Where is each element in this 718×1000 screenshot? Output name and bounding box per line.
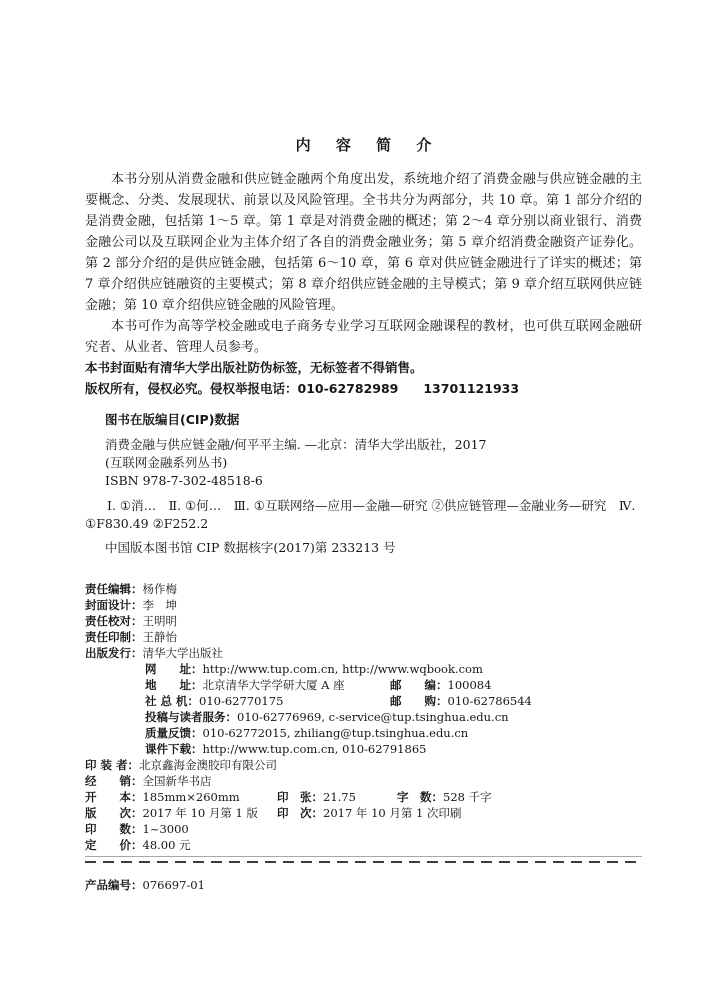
colophon-label: 邮 编：: [390, 678, 448, 692]
colophon-value: http://www.tup.com.cn, 010-62791865: [203, 742, 427, 756]
cip-spacer: [85, 429, 642, 436]
content-intro-body: 本书分别从消费金融和供应链金融两个角度出发，系统地介绍了消费金融与供应链金融的主…: [85, 169, 642, 358]
colophon-value: 王静怡: [143, 630, 178, 644]
colophon-row-reader-service: 投稿与读者服务：010-62776969, c-service@tup.tsin…: [85, 709, 642, 725]
colophon-row-switchboard: 社 总 机：010-62770175 邮 购：010-62786544: [85, 693, 642, 709]
colophon-label: 责任编辑：: [85, 582, 143, 596]
intro-paragraph-1: 本书分别从消费金融和供应链金融两个角度出发，系统地介绍了消费金融与供应链金融的主…: [85, 169, 642, 316]
colophon-label: 责任印制：: [85, 630, 143, 644]
colophon-label: 投稿与读者服务：: [145, 710, 237, 724]
colophon-value: 1~3000: [143, 822, 189, 836]
colophon-row-proofreader: 责任校对：王明明: [85, 613, 642, 629]
colophon-label: 版 次：: [85, 806, 143, 820]
colophon-row-quality-feedback: 质量反馈：010-62772015, zhiliang@tup.tsinghua…: [85, 725, 642, 741]
divider-solid: [85, 856, 642, 857]
colophon-value: 全国新华书店: [143, 774, 212, 788]
colophon-row-publisher: 出版发行：清华大学出版社: [85, 645, 642, 661]
colophon-value: 528 千字: [443, 790, 492, 804]
colophon-label: 责任校对：: [85, 614, 143, 628]
colophon-label: 社 总 机：: [145, 694, 199, 708]
colophon-value: 010-62776969, c-service@tup.tsinghua.edu…: [237, 710, 509, 724]
colophon-value: 北京鑫海金澳胶印有限公司: [139, 758, 277, 772]
colophon-block: 责任编辑：杨作梅 封面设计：李 坤 责任校对：王明明 责任印制：王静怡 出版发行…: [85, 581, 642, 853]
cip-title-line: 消费金融与供应链金融/何平平主编. —北京：清华大学出版社，2017: [105, 436, 642, 454]
copyright-page: 内 容 简 介 本书分别从消费金融和供应链金融两个角度出发，系统地介绍了消费金融…: [0, 0, 718, 1000]
colophon-label: 定 价：: [85, 838, 143, 852]
content-intro-title: 内 容 简 介: [85, 134, 642, 155]
colophon-value: 清华大学出版社: [143, 646, 224, 660]
colophon-postcode: 邮 编：100084: [390, 677, 491, 693]
cip-series-line: (互联网金融系列丛书): [105, 454, 642, 472]
copyright-notices: 本书封面贴有清华大学出版社防伪标签，无标签者不得销售。 版权所有，侵权必究。侵权…: [85, 357, 642, 399]
colophon-label: 网 址：: [145, 662, 203, 676]
cip-block: 图书在版编目(CIP)数据 消费金融与供应链金融/何平平主编. —北京：清华大学…: [85, 410, 642, 557]
colophon-label: 课件下载：: [145, 742, 203, 756]
colophon-label: 印 数：: [85, 822, 143, 836]
colophon-mail-order: 邮 购：010-62786544: [390, 693, 532, 709]
colophon-value: 21.75: [323, 790, 356, 804]
cip-heading: 图书在版编目(CIP)数据: [105, 410, 642, 429]
colophon-label: 出版发行：: [85, 646, 143, 660]
colophon-value: 北京清华大学学研大厦 A 座: [203, 678, 345, 692]
cip-spacer: [85, 490, 642, 497]
cip-isbn-line: ISBN 978-7-302-48518-6: [105, 472, 642, 490]
colophon-row-print-supervisor: 责任印制：王静怡: [85, 629, 642, 645]
colophon-value: 2017 年 10 月第 1 版: [143, 806, 259, 820]
colophon-value: 王明明: [143, 614, 178, 628]
colophon-row-format: 开 本：185mm×260mm 印 张：21.75 字 数：528 千字: [85, 789, 642, 805]
colophon-value: 010-62786544: [448, 694, 532, 708]
intro-paragraph-2: 本书可作为高等学校金融或电子商务专业学习互联网金融课程的教材，也可供互联网金融研…: [85, 316, 642, 358]
colophon-row-website: 网 址：http://www.tup.com.cn, http://www.wq…: [85, 661, 642, 677]
colophon-label: 邮 购：: [390, 694, 448, 708]
cip-record-number: 中国版本图书馆 CIP 数据核字(2017)第 233213 号: [105, 539, 642, 557]
product-number-label: 产品编号：: [85, 878, 143, 892]
cip-classification-line-2: ①F830.49 ②F252.2: [85, 515, 642, 533]
colophon-print-run-date: 印 次：2017 年 10 月第 1 次印刷: [277, 805, 462, 821]
colophon-label: 地 址：: [145, 678, 203, 692]
colophon-word-count: 字 数：528 千字: [397, 789, 492, 805]
rights-reserved-notice: 版权所有，侵权必究。侵权举报电话：010-62782989 1370112193…: [85, 378, 642, 399]
product-number: 产品编号：076697-01: [85, 877, 205, 893]
anti-counterfeit-notice: 本书封面贴有清华大学出版社防伪标签，无标签者不得销售。: [85, 357, 642, 378]
colophon-label: 质量反馈：: [145, 726, 203, 740]
colophon-value: http://www.tup.com.cn, http://www.wqbook…: [203, 662, 483, 676]
colophon-row-printer: 印 装 者：北京鑫海金澳胶印有限公司: [85, 757, 642, 773]
colophon-label: 印 次：: [277, 806, 323, 820]
colophon-row-edition: 版 次：2017 年 10 月第 1 版 印 次：2017 年 10 月第 1 …: [85, 805, 642, 821]
colophon-row-courseware-download: 课件下载：http://www.tup.com.cn, 010-62791865: [85, 741, 642, 757]
colophon-sheets: 印 张：21.75: [277, 789, 356, 805]
colophon-label: 印 张：: [277, 790, 323, 804]
colophon-value: 100084: [448, 678, 492, 692]
colophon-label: 开 本：: [85, 790, 143, 804]
colophon-value: 2017 年 10 月第 1 次印刷: [323, 806, 462, 820]
product-number-value: 076697-01: [143, 878, 205, 892]
colophon-value: 48.00 元: [143, 838, 191, 852]
colophon-value: 010-62772015, zhiliang@tup.tsinghua.edu.…: [203, 726, 469, 740]
colophon-label: 封面设计：: [85, 598, 143, 612]
colophon-label: 字 数：: [397, 790, 443, 804]
colophon-row-editor: 责任编辑：杨作梅: [85, 581, 642, 597]
colophon-row-price: 定 价：48.00 元: [85, 837, 642, 853]
colophon-row-cover-design: 封面设计：李 坤: [85, 597, 642, 613]
colophon-label: 经 销：: [85, 774, 143, 788]
divider-dashed: [85, 861, 642, 863]
colophon-label: 印 装 者：: [85, 758, 139, 772]
colophon-value: 李 坤: [143, 598, 178, 612]
colophon-value: 185mm×260mm: [143, 790, 240, 804]
cip-classification-line-1: Ⅰ. ①消… Ⅱ. ①何… Ⅲ. ①互联网络—应用—金融—研究 ②供应链管理—金…: [107, 497, 642, 515]
colophon-row-address: 地 址：北京清华大学学研大厦 A 座 邮 编：100084: [85, 677, 642, 693]
colophon-value: 杨作梅: [143, 582, 178, 596]
colophon-row-distributor: 经 销：全国新华书店: [85, 773, 642, 789]
colophon-value: 010-62770175: [199, 694, 283, 708]
colophon-row-print-quantity: 印 数：1~3000: [85, 821, 642, 837]
